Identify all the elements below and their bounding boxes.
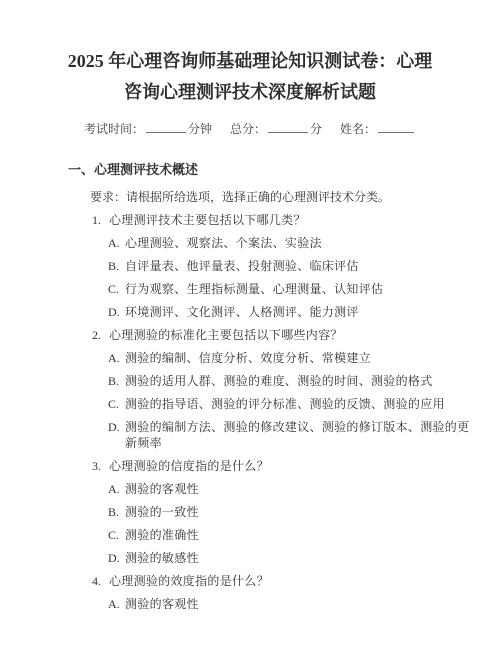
exam-time-unit: 分钟 [188, 122, 212, 136]
question-row: 4.心理测验的效度指的是什么？ [92, 573, 480, 589]
option-label: B. [108, 504, 125, 520]
question-text: 心理测验的标准化主要包括以下哪些内容？ [109, 327, 480, 343]
option-text: 测验的适用人群、测验的难度、测验的时间、测验的格式 [125, 373, 480, 389]
option-row: A.测验的客观性 [108, 481, 480, 497]
option-text: 自评量表、他评量表、投射测验、临床评估 [125, 258, 480, 274]
option-label: A. [108, 481, 125, 497]
option-text: 测验的编制、信度分析、效度分析、常模建立 [125, 350, 480, 366]
option-label: D. [108, 304, 125, 320]
option-row: C.测验的准确性 [108, 527, 480, 543]
total-score-label: 总分： [230, 122, 266, 136]
question-text: 心理测验的信度指的是什么？ [109, 458, 480, 474]
question-number: 2. [92, 327, 109, 343]
exam-time-label: 考试时间： [84, 122, 144, 136]
exam-meta-line: 考试时间：分钟总分：分姓名： [0, 121, 500, 136]
total-score-blank [268, 121, 308, 133]
option-label: C. [108, 396, 125, 412]
question-row: 2.心理测验的标准化主要包括以下哪些内容？ [92, 327, 480, 343]
option-text: 测验的客观性 [125, 596, 480, 612]
name-label: 姓名： [340, 122, 376, 136]
question-number: 4. [92, 573, 109, 589]
option-text: 测验的准确性 [125, 527, 480, 543]
question-number: 3. [92, 458, 109, 474]
option-row: C.测验的指导语、测验的评分标准、测验的反馈、测验的应用 [108, 396, 480, 412]
section-heading: 一、心理测评技术概述 [68, 162, 500, 178]
option-text: 测验的一致性 [125, 504, 480, 520]
name-blank [378, 121, 414, 133]
option-label: A. [108, 235, 125, 251]
option-label: A. [108, 596, 125, 612]
option-label: D. [108, 550, 125, 566]
option-text: 测验的敏感性 [125, 550, 480, 566]
option-label: B. [108, 373, 125, 389]
option-text: 环境测评、文化测评、人格测评、能力测评 [125, 304, 480, 320]
option-label: C. [108, 527, 125, 543]
option-row: A.测验的客观性 [108, 596, 480, 612]
option-row: A.心理测验、观察法、个案法、实验法 [108, 235, 480, 251]
option-row: C.行为观察、生理指标测量、心理测量、认知评估 [108, 281, 480, 297]
option-label: C. [108, 281, 125, 297]
exam-title: 2025 年心理咨询师基础理论知识测试卷：心理咨询心理测评技术深度解析试题 [60, 46, 440, 108]
section-requirement: 要求：请根据所给选项，选择正确的心理测评技术分类。 [90, 189, 470, 205]
option-text: 行为观察、生理指标测量、心理测量、认知评估 [125, 281, 480, 297]
option-row: D.测验的敏感性 [108, 550, 480, 566]
option-row: B.测验的一致性 [108, 504, 480, 520]
question-list: 1.心理测评技术主要包括以下哪几类？A.心理测验、观察法、个案法、实验法B.自评… [0, 212, 500, 612]
option-label: D. [108, 419, 125, 451]
option-text: 测验的客观性 [125, 481, 480, 497]
option-text: 测验的编制方法、测验的修改建议、测验的修订版本、测验的更新频率 [125, 419, 480, 451]
option-row: B.自评量表、他评量表、投射测验、临床评估 [108, 258, 480, 274]
exam-paper-page: 2025 年心理咨询师基础理论知识测试卷：心理咨询心理测评技术深度解析试题 考试… [0, 0, 500, 647]
exam-time-blank [146, 121, 186, 133]
option-text: 测验的指导语、测验的评分标准、测验的反馈、测验的应用 [125, 396, 480, 412]
option-row: B.测验的适用人群、测验的难度、测验的时间、测验的格式 [108, 373, 480, 389]
question-text: 心理测验的效度指的是什么？ [109, 573, 480, 589]
question-row: 3.心理测验的信度指的是什么？ [92, 458, 480, 474]
question-row: 1.心理测评技术主要包括以下哪几类？ [92, 212, 480, 228]
question-number: 1. [92, 212, 109, 228]
total-score-unit: 分 [310, 122, 322, 136]
option-row: D.测验的编制方法、测验的修改建议、测验的修订版本、测验的更新频率 [108, 419, 480, 451]
question-text: 心理测评技术主要包括以下哪几类？ [109, 212, 480, 228]
option-row: A.测验的编制、信度分析、效度分析、常模建立 [108, 350, 480, 366]
option-label: B. [108, 258, 125, 274]
option-text: 心理测验、观察法、个案法、实验法 [125, 235, 480, 251]
option-row: D.环境测评、文化测评、人格测评、能力测评 [108, 304, 480, 320]
option-label: A. [108, 350, 125, 366]
